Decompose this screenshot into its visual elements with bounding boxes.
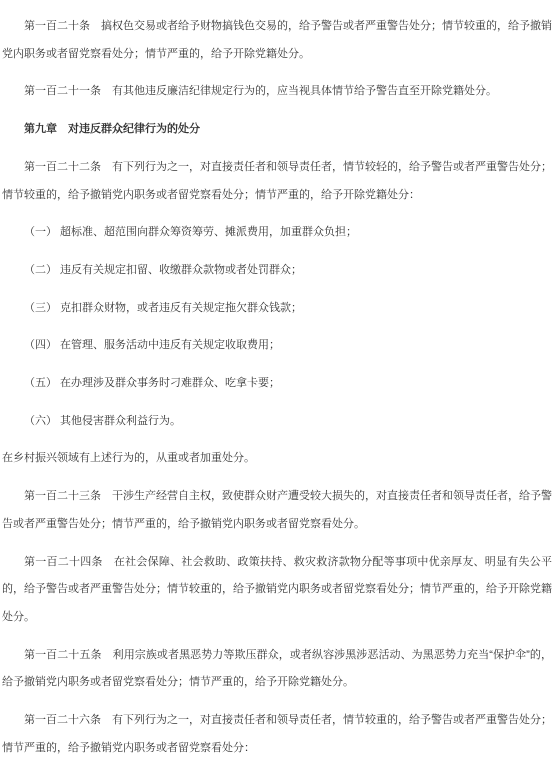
paragraph-article-121: 第一百二十一条 有其他违反廉洁纪律规定行为的，应当视具体情节给予警告直至开除党籍… <box>2 78 552 106</box>
paragraph-article-126: 第一百二十六条 有下列行为之一，对直接责任者和领导责任者，情节较重的，给予警告或… <box>2 707 552 762</box>
chapter-9-heading: 第九章 对违反群众纪律行为的处分 <box>2 116 552 144</box>
list-item-6: （六） 其他侵害群众利益行为。 <box>2 408 552 436</box>
list-item-1: （一） 超标准、超范围向群众筹资筹劳、摊派费用，加重群众负担； <box>2 219 552 247</box>
paragraph-article-123: 第一百二十三条 干涉生产经营自主权，致使群众财产遭受较大损失的，对直接责任者和领… <box>2 483 552 538</box>
list-item-3: （三） 克扣群众财物，或者违反有关规定拖欠群众钱款； <box>2 295 552 323</box>
document-body: 第一百二十条 搞权色交易或者给予财物搞钱色交易的，给予警告或者严重警告处分；情节… <box>0 0 554 762</box>
list-item-2: （二） 违反有关规定扣留、收缴群众款物或者处罚群众； <box>2 257 552 285</box>
list-item-5: （五） 在办理涉及群众事务时刁难群众、吃拿卡要； <box>2 370 552 398</box>
paragraph-article-122: 第一百二十二条 有下列行为之一，对直接责任者和领导责任者，情节较轻的，给予警告或… <box>2 154 552 209</box>
document-page: { "page": { "background_color": "#ffffff… <box>0 0 554 784</box>
list-item-4: （四） 在管理、服务活动中违反有关规定收取费用； <box>2 332 552 360</box>
paragraph-article-125: 第一百二十五条 利用宗族或者黑恶势力等欺压群众，或者纵容涉黑涉恶活动、为黑恶势力… <box>2 642 552 697</box>
paragraph-article-120: 第一百二十条 搞权色交易或者给予财物搞钱色交易的，给予警告或者严重警告处分；情节… <box>2 13 552 68</box>
paragraph-article-124: 第一百二十四条 在社会保障、社会救助、政策扶持、救灾救济款物分配等事项中优亲厚友… <box>2 549 552 632</box>
paragraph-rural-revitalization-note: 在乡村振兴领域有上述行为的，从重或者加重处分。 <box>2 445 552 473</box>
